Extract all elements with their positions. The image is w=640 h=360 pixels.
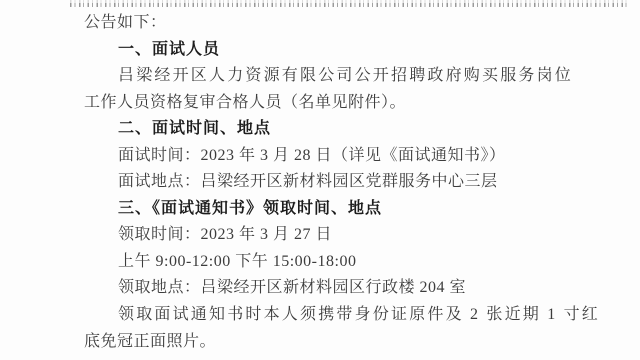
text-line: 面试地点：吕梁经开区新材料园区党群服务中心三层 xyxy=(84,169,562,196)
document-page: 公告如下：一、面试人员吕梁经开区人力资源有限公司公开招聘政府购买服务岗位工作人员… xyxy=(0,0,640,360)
text-line: 公告如下： xyxy=(84,10,562,37)
text-line: 领取地点：吕梁经开区新材料园区行政楼 204 室 xyxy=(84,275,562,302)
text-line: 面试时间：2023 年 3 月 28 日（详见《面试通知书》） xyxy=(84,143,562,170)
text-line: 上午 9:00-12:00 下午 15:00-18:00 xyxy=(84,249,562,276)
section-heading: 二、面试时间、地点 xyxy=(84,116,562,143)
text-line: 底免冠正面照片。 xyxy=(84,329,562,356)
announcement-body: 公告如下：一、面试人员吕梁经开区人力资源有限公司公开招聘政府购买服务岗位工作人员… xyxy=(84,10,562,355)
text-line: 领取时间：2023 年 3 月 27 日 xyxy=(84,222,562,249)
section-heading: 一、面试人员 xyxy=(84,37,562,64)
section-heading: 三、《面试通知书》领取时间、地点 xyxy=(84,196,562,223)
cropped-text-line xyxy=(70,0,628,7)
text-line: 工作人员资格复审合格人员（名单见附件）。 xyxy=(84,90,562,117)
text-line: 领取面试通知书时本人须携带身份证原件及 2 张近期 1 寸红 xyxy=(84,302,562,329)
text-line: 吕梁经开区人力资源有限公司公开招聘政府购买服务岗位 xyxy=(84,63,562,90)
